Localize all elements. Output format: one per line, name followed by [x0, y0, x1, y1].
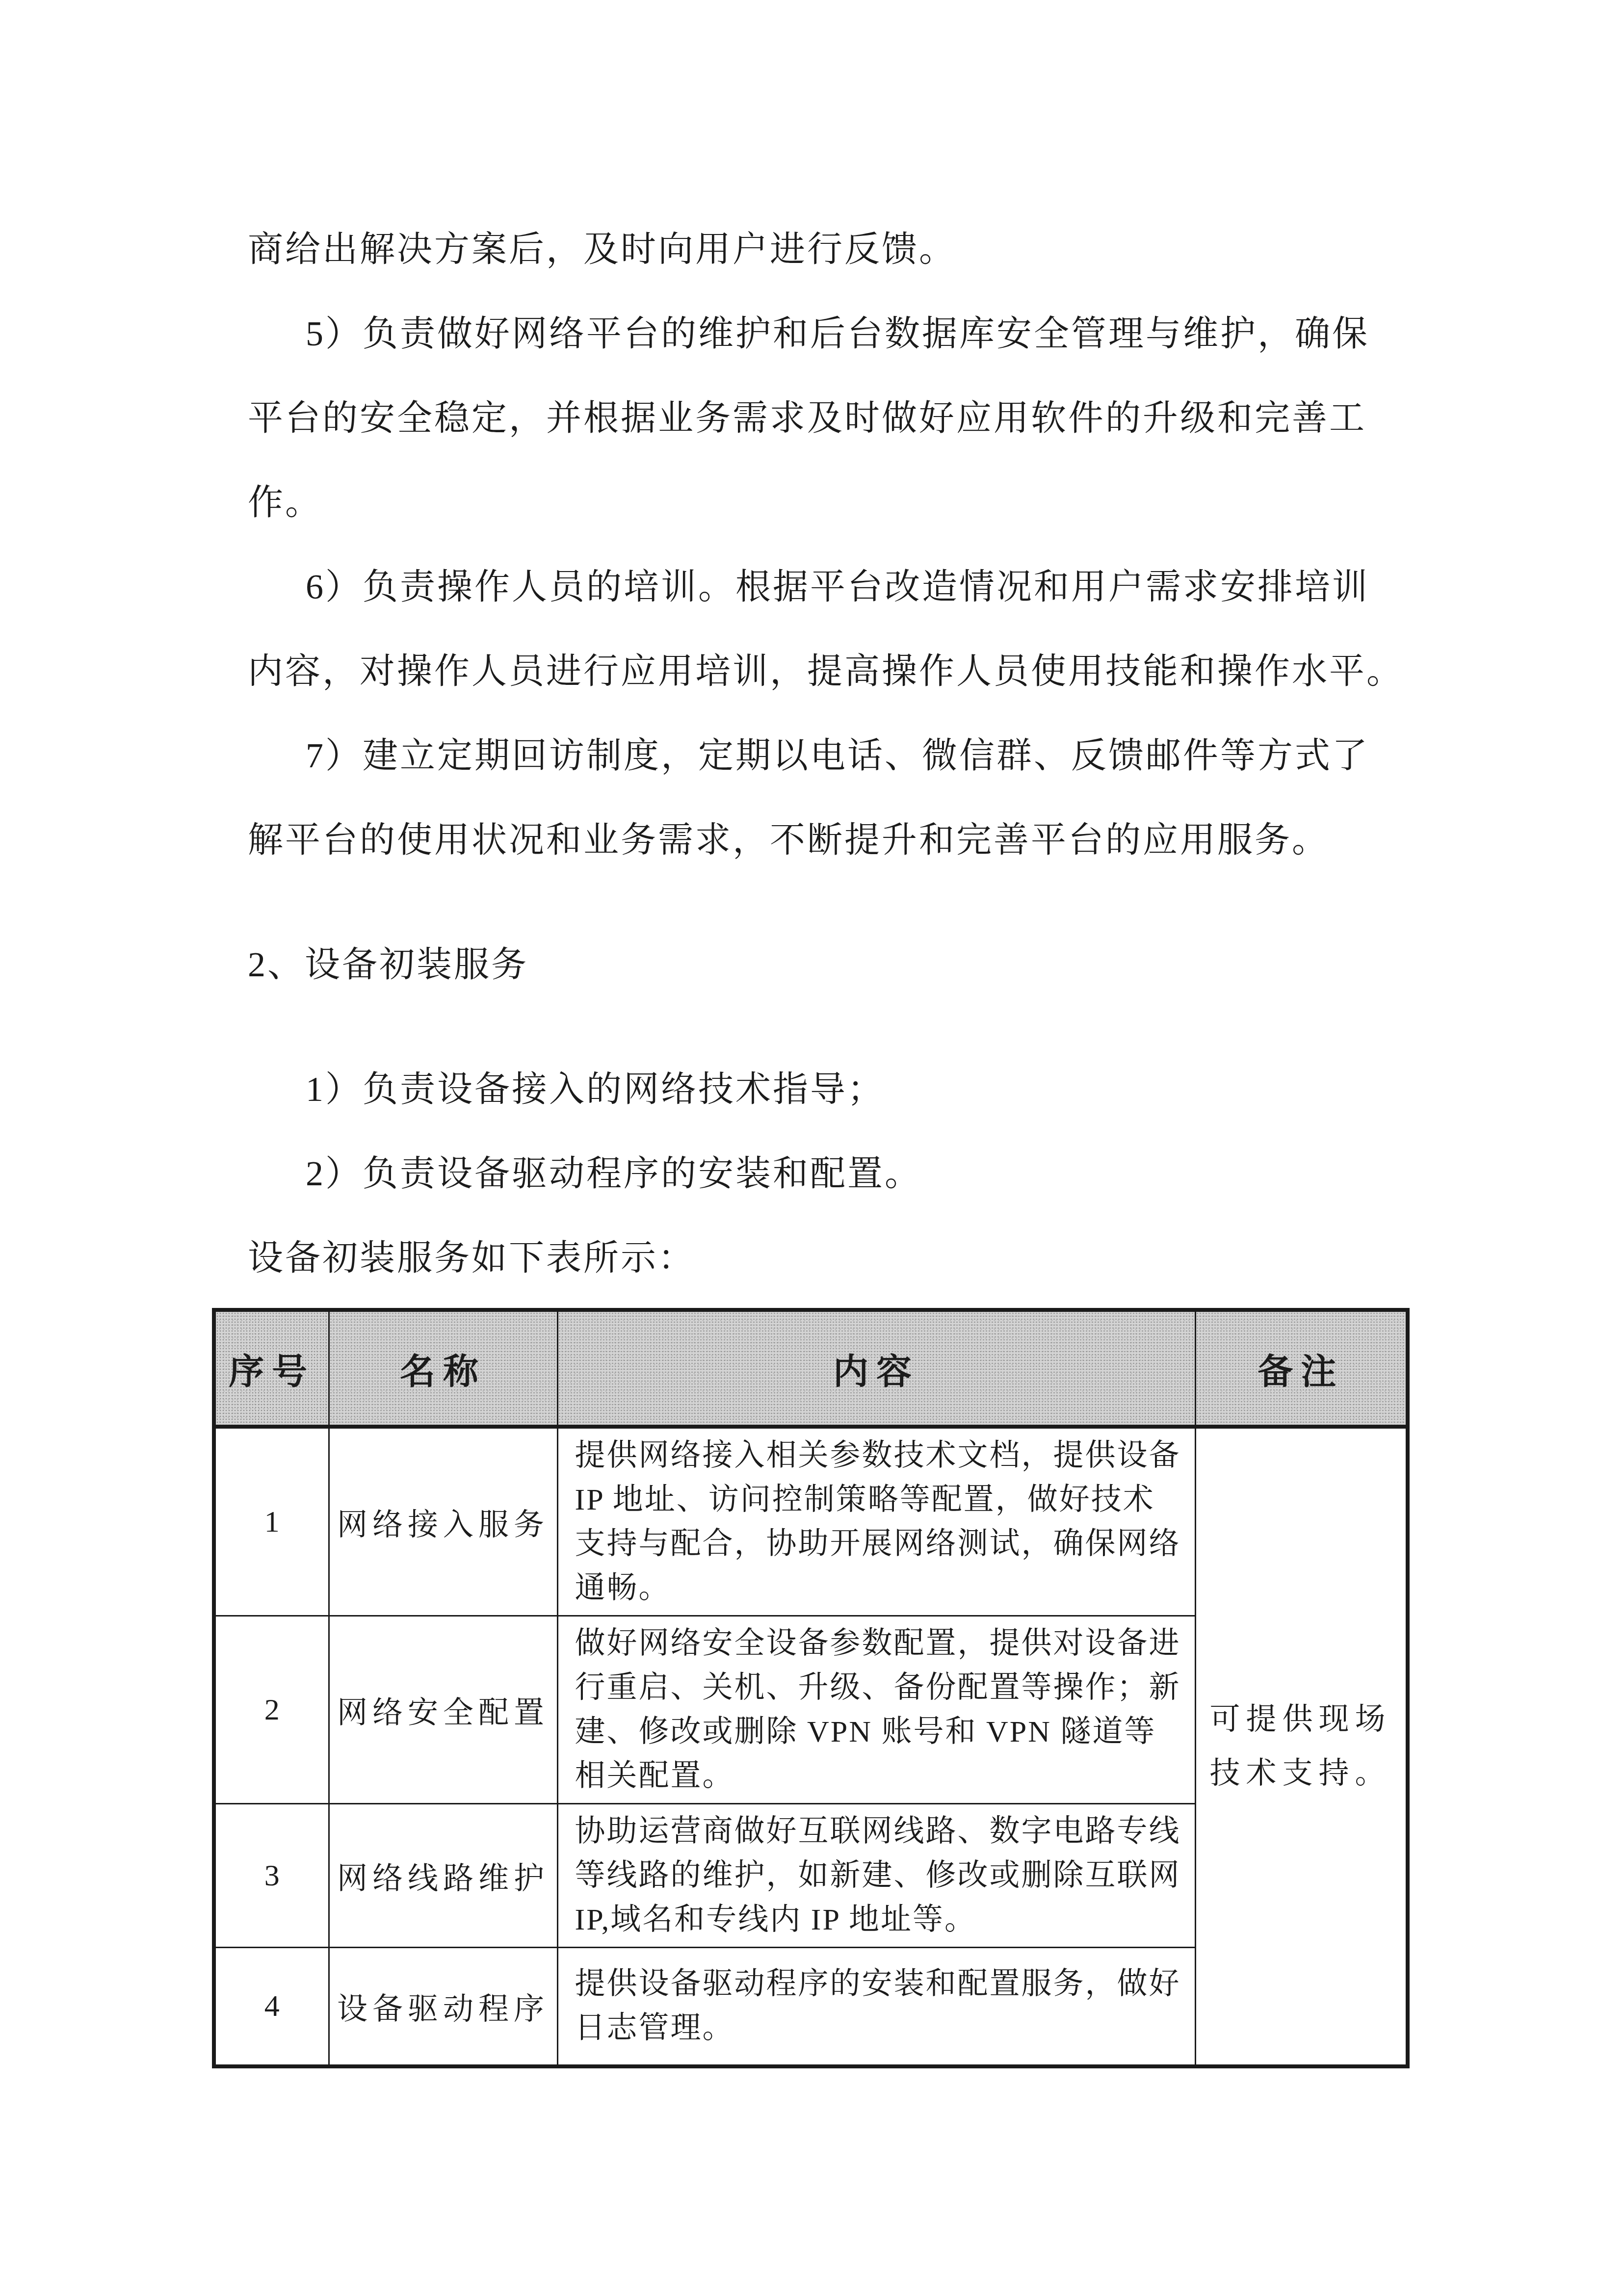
table-cell-no: 2: [214, 1616, 329, 1804]
table-cell-name: 设备驱动程序: [329, 1948, 557, 2066]
table-intro: 设备初装服务如下表所示：: [248, 1216, 1406, 1300]
table-cell-content: 提供网络接入相关参数技术文档，提供设备 IP 地址、访问控制策略等配置，做好技术…: [557, 1427, 1195, 1616]
paragraph-line: 6）负责操作人员的培训。根据平台改造情况和用户需求安排培训: [248, 545, 1406, 629]
table-cell-content: 提供设备驱动程序的安装和配置服务，做好日志管理。: [557, 1948, 1195, 2066]
paragraph-continuation: 商给出解决方案后，及时向用户进行反馈。: [212, 207, 1406, 291]
table-cell-name: 网络线路维护: [329, 1804, 557, 1948]
table-header-row: 序号 名称 内容 备注: [214, 1310, 1408, 1427]
table-header-content: 内容: [557, 1310, 1195, 1427]
paragraph-line: 解平台的使用状况和业务需求，不断提升和完善平台的应用服务。: [248, 798, 1406, 882]
document-content: 商给出解决方案后，及时向用户进行反馈。 5）负责做好网络平台的维护和后台数据库安…: [212, 207, 1406, 2068]
table-header-name: 名称: [329, 1310, 557, 1427]
table-row: 1 网络接入服务 提供网络接入相关参数技术文档，提供设备 IP 地址、访问控制策…: [214, 1427, 1408, 1616]
document-page: 商给出解决方案后，及时向用户进行反馈。 5）负责做好网络平台的维护和后台数据库安…: [0, 0, 1624, 2296]
paragraph-line: 平台的安全稳定，并根据业务需求及时做好应用软件的升级和完善工: [248, 376, 1406, 460]
table-cell-no: 1: [214, 1427, 329, 1616]
table-cell-no: 4: [214, 1948, 329, 2066]
paragraph-line: 5）负责做好网络平台的维护和后台数据库安全管理与维护，确保: [248, 291, 1406, 376]
paragraph-item-7: 7）建立定期回访制度，定期以电话、微信群、反馈邮件等方式了 解平台的使用状况和业…: [212, 713, 1406, 882]
table-cell-remark-merged: 可提供现场技术支持。: [1195, 1427, 1408, 2066]
table-cell-content: 做好网络安全设备参数配置，提供对设备进行重启、关机、升级、备份配置等操作；新建、…: [557, 1616, 1195, 1804]
device-install-service-table: 序号 名称 内容 备注 1 网络接入服务 提供网络接入相关参数技术文档，提供设备…: [212, 1308, 1410, 2068]
paragraph-line: 作。: [248, 460, 1406, 545]
paragraph-line: 商给出解决方案后，及时向用户进行反馈。: [248, 207, 1406, 291]
paragraph-line: 内容，对操作人员进行应用培训，提高操作人员使用技能和操作水平。: [248, 629, 1406, 713]
table-cell-no: 3: [214, 1804, 329, 1948]
table-header-remark: 备注: [1195, 1310, 1408, 1427]
table-header-no: 序号: [214, 1310, 329, 1427]
list-item: 2）负责设备驱动程序的安装和配置。: [248, 1131, 1406, 1216]
table-cell-name: 网络接入服务: [329, 1427, 557, 1616]
paragraph-item-6: 6）负责操作人员的培训。根据平台改造情况和用户需求安排培训 内容，对操作人员进行…: [212, 545, 1406, 713]
paragraph-item-5: 5）负责做好网络平台的维护和后台数据库安全管理与维护，确保 平台的安全稳定，并根…: [212, 291, 1406, 545]
table-cell-name: 网络安全配置: [329, 1616, 557, 1804]
paragraph-line: 7）建立定期回访制度，定期以电话、微信群、反馈邮件等方式了: [248, 713, 1406, 798]
list-item: 1）负责设备接入的网络技术指导；: [248, 1047, 1406, 1131]
table-cell-content: 协助运营商做好互联网线路、数字电路专线等线路的维护，如新建、修改或删除互联网 I…: [557, 1804, 1195, 1948]
section-heading: 2、设备初装服务: [248, 922, 1406, 1007]
